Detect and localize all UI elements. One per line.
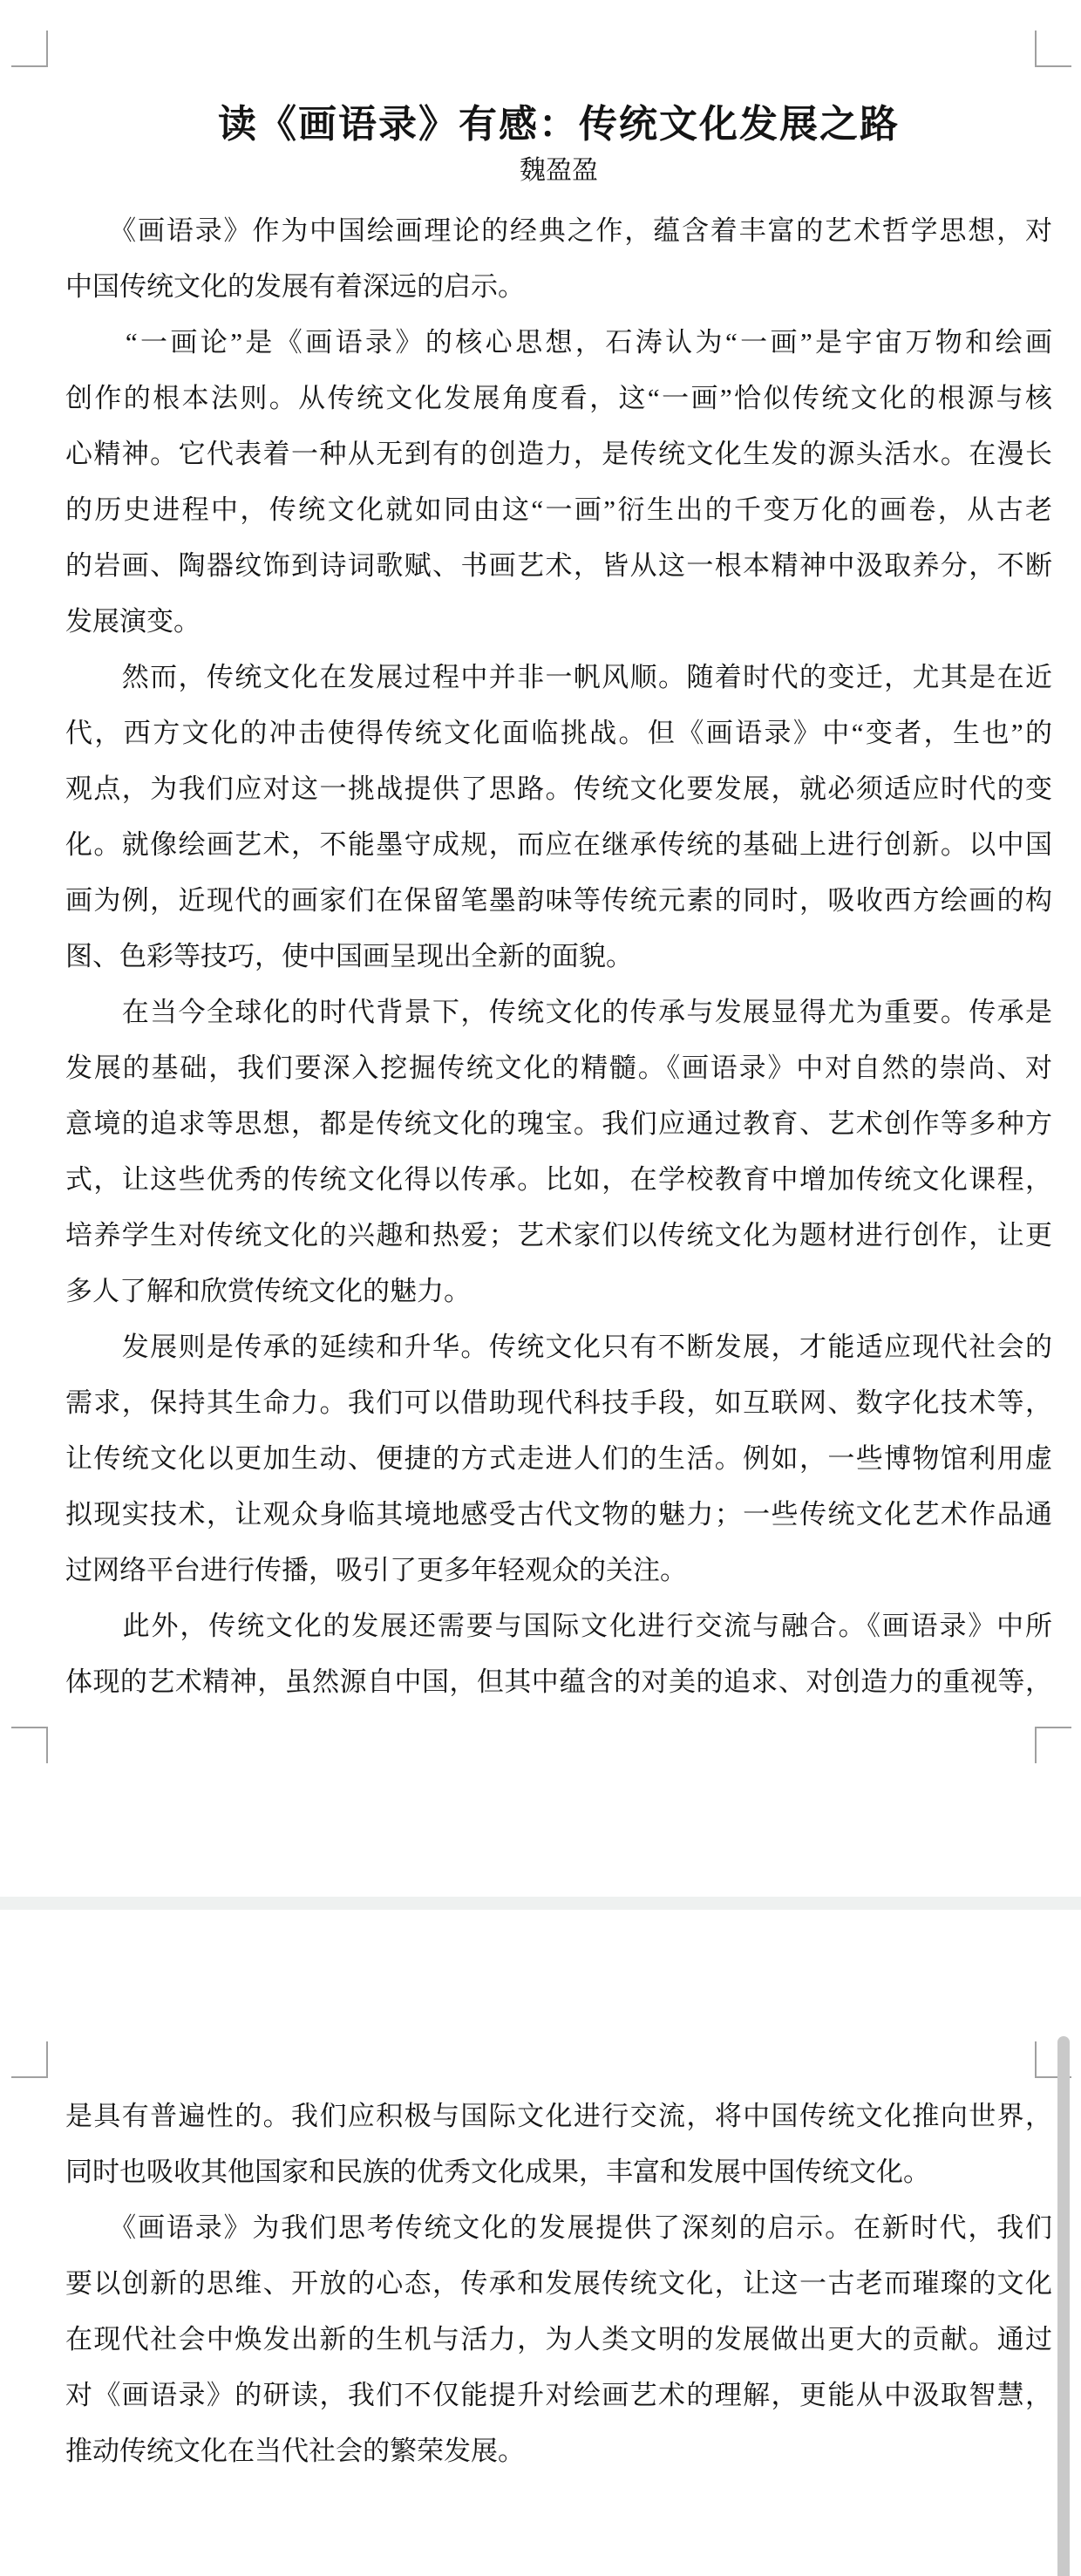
text-line: 是具有普遍性的。我们应积极与国际文化进行交流，将中国传统文化推向世界， bbox=[65, 2089, 1052, 2144]
text-line: 化。就像绘画艺术，不能墨守成规，而应在继承传统的基础上进行创新。以中国 bbox=[65, 817, 1052, 873]
vertical-scrollbar-thumb[interactable] bbox=[1057, 2036, 1070, 2576]
page-1: 读《画语录》有感：传统文化发展之路 魏盈盈 《画语录》作为中国绘画理论的经典之作… bbox=[0, 0, 1081, 1897]
text-line: 培养学生对传统文化的兴趣和热爱；艺术家们以传统文化为题材进行创作，让更 bbox=[65, 1208, 1052, 1264]
page-2-body-text: 是具有普遍性的。我们应积极与国际文化进行交流，将中国传统文化推向世界，同时也吸收… bbox=[65, 2089, 1052, 2479]
text-line: 过网络平台进行传播，吸引了更多年轻观众的关注。 bbox=[65, 1543, 1052, 1598]
text-line: 《画语录》为我们思考传统文化的发展提供了深刻的启示。在新时代，我们 bbox=[65, 2200, 1052, 2256]
text-line: “一画论”是《画语录》的核心思想，石涛认为“一画”是宇宙万物和绘画 bbox=[65, 315, 1052, 371]
text-line: 发展的基础，我们要深入挖掘传统文化的精髓。《画语录》中对自然的崇尚、对 bbox=[65, 1040, 1052, 1096]
text-line: 中国传统文化的发展有着深远的启示。 bbox=[65, 259, 1052, 315]
text-line: 画为例，近现代的画家们在保留笔墨韵味等传统元素的同时，吸收西方绘画的构 bbox=[65, 873, 1052, 929]
text-line: 推动传统文化在当代社会的繁荣发展。 bbox=[65, 2423, 1052, 2479]
text-line: 要以创新的思维、开放的心态，传承和发展传统文化，让这一古老而璀璨的文化 bbox=[65, 2256, 1052, 2312]
text-line: 同时也吸收其他国家和民族的优秀文化成果，丰富和发展中国传统文化。 bbox=[65, 2144, 1052, 2200]
margin-corner-mark bbox=[1035, 1727, 1071, 1763]
text-line: 心精神。它代表着一种从无到有的创造力，是传统文化生发的源头活水。在漫长 bbox=[65, 426, 1052, 482]
margin-corner-mark bbox=[11, 2041, 48, 2078]
text-line: 需求，保持其生命力。我们可以借助现代科技手段，如互联网、数字化技术等， bbox=[65, 1375, 1052, 1431]
text-line: 发展则是传承的延续和升华。传统文化只有不断发展，才能适应现代社会的 bbox=[65, 1319, 1052, 1375]
text-line: 图、色彩等技巧，使中国画呈现出全新的面貌。 bbox=[65, 929, 1052, 985]
text-line: 拟现实技术，让观众身临其境地感受古代文物的魅力；一些传统文化艺术作品通 bbox=[65, 1487, 1052, 1543]
text-line: 《画语录》作为中国绘画理论的经典之作，蕴含着丰富的艺术哲学思想，对 bbox=[65, 203, 1052, 259]
text-line: 体现的艺术精神，虽然源自中国，但其中蕴含的对美的追求、对创造力的重视等， bbox=[65, 1654, 1052, 1710]
text-line: 让传统文化以更加生动、便捷的方式走进人们的生活。例如，一些博物馆利用虚 bbox=[65, 1431, 1052, 1487]
text-line: 的历史进程中，传统文化就如同由这“一画”衍生出的千变万化的画卷，从古老 bbox=[65, 482, 1052, 538]
text-line: 对《画语录》的研读，我们不仅能提升对绘画艺术的理解，更能从中汲取智慧， bbox=[65, 2368, 1052, 2423]
text-line: 在当今全球化的时代背景下，传统文化的传承与发展显得尤为重要。传承是 bbox=[65, 985, 1052, 1040]
author-name: 魏盈盈 bbox=[65, 153, 1052, 187]
page-title: 读《画语录》有感：传统文化发展之路 bbox=[65, 100, 1052, 148]
text-line: 创作的根本法则。从传统文化发展角度看，这“一画”恰似传统文化的根源与核 bbox=[65, 371, 1052, 426]
text-line: 意境的追求等思想，都是传统文化的瑰宝。我们应通过教育、艺术创作等多种方 bbox=[65, 1096, 1052, 1152]
text-line: 式，让这些优秀的传统文化得以传承。比如，在学校教育中增加传统文化课程， bbox=[65, 1152, 1052, 1208]
page-separator bbox=[0, 1897, 1081, 1910]
text-line: 多人了解和欣赏传统文化的魅力。 bbox=[65, 1264, 1052, 1319]
page-1-body-text: 《画语录》作为中国绘画理论的经典之作，蕴含着丰富的艺术哲学思想，对中国传统文化的… bbox=[65, 203, 1052, 1710]
text-line: 观点，为我们应对这一挑战提供了思路。传统文化要发展，就必须适应时代的变 bbox=[65, 761, 1052, 817]
margin-corner-mark bbox=[11, 31, 48, 67]
document-viewer: { "document": { "title": "读《画语录》有感：传统文化发… bbox=[0, 0, 1081, 2576]
page-2: 是具有普遍性的。我们应积极与国际文化进行交流，将中国传统文化推向世界，同时也吸收… bbox=[0, 1910, 1081, 2576]
text-line: 在现代社会中焕发出新的生机与活力，为人类文明的发展做出更大的贡献。通过 bbox=[65, 2312, 1052, 2368]
text-line: 发展演变。 bbox=[65, 594, 1052, 650]
margin-corner-mark bbox=[11, 1727, 48, 1763]
text-line: 此外，传统文化的发展还需要与国际文化进行交流与融合。《画语录》中所 bbox=[65, 1598, 1052, 1654]
text-line: 代，西方文化的冲击使得传统文化面临挑战。但《画语录》中“变者，生也”的 bbox=[65, 705, 1052, 761]
text-line: 然而，传统文化在发展过程中并非一帆风顺。随着时代的变迁，尤其是在近 bbox=[65, 650, 1052, 705]
text-line: 的岩画、陶器纹饰到诗词歌赋、书画艺术，皆从这一根本精神中汲取养分，不断 bbox=[65, 538, 1052, 594]
margin-corner-mark bbox=[1035, 31, 1071, 67]
